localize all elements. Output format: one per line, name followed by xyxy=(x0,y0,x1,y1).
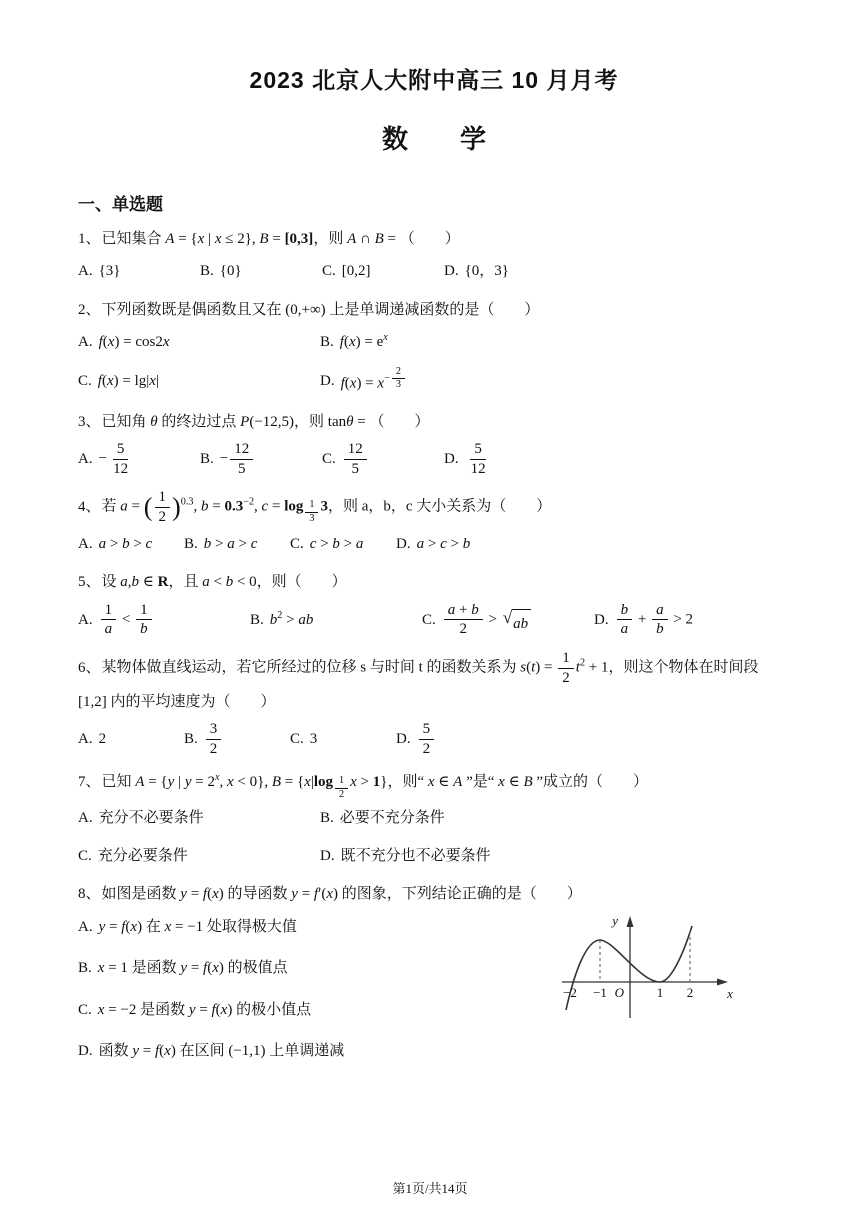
option-content: {3} xyxy=(99,257,121,286)
option-C: C.f(x) = lg|x| xyxy=(78,366,320,398)
option-content: y = f(x) 在 x = −1 处取得极大值 xyxy=(99,913,297,942)
option-content: f(x) = x−23 xyxy=(341,366,407,398)
option-C: C.125 xyxy=(322,440,444,479)
option-label: D. xyxy=(320,842,335,871)
option-content: 函数 y = f(x) 在区间 (−1,1) 上单调递减 xyxy=(99,1037,345,1066)
x-axis-arrow-icon xyxy=(717,979,728,986)
options: A.−512B.−125C.125D.512 xyxy=(78,440,790,479)
option-label: B. xyxy=(184,530,198,559)
option-label: D. xyxy=(444,257,459,286)
x-tick-neg2: −2 xyxy=(563,985,577,1000)
option-B: B.−125 xyxy=(200,440,322,479)
option-A: A.−512 xyxy=(78,440,200,479)
x-axis-label: x xyxy=(726,986,733,1001)
question-number: 2、 xyxy=(78,302,101,318)
option-content: 125 xyxy=(342,440,369,479)
option-label: C. xyxy=(78,367,92,396)
question-1: 1、已知集合 A = {x | x ≤ 2}, B = [0,3]，则 A ∩ … xyxy=(78,225,790,286)
option-D: D.既不充分也不必要条件 xyxy=(320,842,491,871)
option-label: C. xyxy=(290,530,304,559)
option-content: a > c > b xyxy=(417,530,471,559)
option-content: 1a < 1b xyxy=(99,601,154,640)
option-content: b > a > c xyxy=(204,530,258,559)
option-A: A.充分不必要条件 xyxy=(78,804,320,833)
question-number: 5、 xyxy=(78,574,101,590)
option-A: A.a > b > c xyxy=(78,530,184,559)
option-C: C.充分必要条件 xyxy=(78,842,320,871)
option-B: B.必要不充分条件 xyxy=(320,804,491,833)
option-C: C.[0,2] xyxy=(322,257,444,286)
option-content: 充分不必要条件 xyxy=(99,804,204,833)
option-label: B. xyxy=(250,606,264,635)
option-D: D.函数 y = f(x) 在区间 (−1,1) 上单调递减 xyxy=(78,1037,790,1066)
question-stem: 6、某物体做直线运动，若它所经过的位移 s 与时间 t 的函数关系为 s(t) … xyxy=(78,649,790,717)
option-content: c > b > a xyxy=(310,530,364,559)
option-label: B. xyxy=(320,804,334,833)
question-number: 7、 xyxy=(78,774,101,790)
option-label: C. xyxy=(322,257,336,286)
option-content: f(x) = ex xyxy=(340,328,388,357)
option-label: C. xyxy=(78,996,92,1025)
question-number: 4、 xyxy=(78,499,101,515)
x-tick-2: 2 xyxy=(687,985,694,1000)
option-A: A.2 xyxy=(78,725,184,754)
option-content: 既不充分也不必要条件 xyxy=(341,842,491,871)
question-number: 1、 xyxy=(78,231,101,247)
option-content: x = −2 是函数 y = f(x) 的极小值点 xyxy=(98,996,311,1025)
exam-content: 2023 北京人大附中高三 10 月月考 数 学 一、单选题 1、已知集合 A … xyxy=(0,0,860,1066)
option-content: f(x) = lg|x| xyxy=(98,367,159,396)
question-stem: 1、已知集合 A = {x | x ≤ 2}, B = [0,3]，则 A ∩ … xyxy=(78,225,790,254)
question-stem: 3、已知角 θ 的终边过点 P(−12,5)，则 tanθ = （ ） xyxy=(78,408,790,437)
option-label: D. xyxy=(444,445,459,474)
option-label: D. xyxy=(320,367,335,396)
option-content: 512 xyxy=(465,440,492,479)
option-content: 52 xyxy=(417,720,437,759)
option-C: C.c > b > a xyxy=(290,530,396,559)
option-label: A. xyxy=(78,606,93,635)
page-number-footer: 第1页/共14页 xyxy=(0,1178,860,1197)
option-D: D.512 xyxy=(444,440,566,479)
option-content: 充分必要条件 xyxy=(98,842,188,871)
option-D: D.52 xyxy=(396,720,502,759)
f-prime-curve xyxy=(566,926,692,1010)
question-stem: 4、若 a = (12)0.3, b = 0.3−2, c = log133，则… xyxy=(78,488,790,527)
question-8: 8、如图是函数 y = f(x) 的导函数 y = f′(x) 的图象，下列结论… xyxy=(78,880,790,1065)
y-axis-arrow-icon xyxy=(627,916,634,927)
question-number: 8、 xyxy=(78,886,101,902)
option-D: D.ba + ab > 2 xyxy=(594,601,766,640)
option-label: B. xyxy=(184,725,198,754)
x-tick-1: 1 xyxy=(657,985,664,1000)
option-label: B. xyxy=(200,257,214,286)
option-content: a + b2 > √ab xyxy=(442,601,531,640)
option-label: C. xyxy=(78,842,92,871)
option-content: b2 > ab xyxy=(270,606,314,635)
y-axis-label: y xyxy=(610,913,618,928)
option-label: A. xyxy=(78,328,93,357)
origin-label: O xyxy=(615,985,625,1000)
option-label: D. xyxy=(396,530,411,559)
derivative-graph-svg: y x O −2 −1 1 2 xyxy=(556,910,738,1022)
question-number: 3、 xyxy=(78,414,101,430)
option-C: C.3 xyxy=(290,725,396,754)
options: A.充分不必要条件B.必要不充分条件C.充分必要条件D.既不充分也不必要条件 xyxy=(78,804,790,870)
question-2: 2、下列函数既是偶函数且又在 (0,+∞) 上是单调递减函数的是（ ）A.f(x… xyxy=(78,296,790,398)
option-content: ba + ab > 2 xyxy=(615,601,693,640)
option-content: f(x) = cos2x xyxy=(99,328,170,357)
derivative-graph-figure: y x O −2 −1 1 2 xyxy=(556,910,738,1027)
option-label: A. xyxy=(78,725,93,754)
option-content: −125 xyxy=(220,440,255,479)
option-content: {0} xyxy=(220,257,242,286)
option-D: D.a > c > b xyxy=(396,530,502,559)
option-label: A. xyxy=(78,257,93,286)
question-stem: 2、下列函数既是偶函数且又在 (0,+∞) 上是单调递减函数的是（ ） xyxy=(78,296,790,325)
question-6: 6、某物体做直线运动，若它所经过的位移 s 与时间 t 的函数关系为 s(t) … xyxy=(78,649,790,758)
option-label: B. xyxy=(200,445,214,474)
option-label: A. xyxy=(78,804,93,833)
option-content: x = 1 是函数 y = f(x) 的极值点 xyxy=(98,954,288,983)
option-content: {0，3} xyxy=(465,257,509,286)
options: A.a > b > cB.b > a > cC.c > b > aD.a > c… xyxy=(78,530,790,559)
question-stem: 8、如图是函数 y = f(x) 的导函数 y = f′(x) 的图象，下列结论… xyxy=(78,880,790,909)
option-content: 2 xyxy=(99,725,107,754)
option-A: A.1a < 1b xyxy=(78,601,250,640)
option-C: C.a + b2 > √ab xyxy=(422,601,594,640)
option-content: 必要不充分条件 xyxy=(340,804,445,833)
question-4: 4、若 a = (12)0.3, b = 0.3−2, c = log133，则… xyxy=(78,488,790,558)
option-content: 32 xyxy=(204,720,224,759)
question-3: 3、已知角 θ 的终边过点 P(−12,5)，则 tanθ = （ ）A.−51… xyxy=(78,408,790,479)
question-list: 1、已知集合 A = {x | x ≤ 2}, B = [0,3]，则 A ∩ … xyxy=(78,225,790,1066)
option-B: B.b > a > c xyxy=(184,530,290,559)
option-B: B.{0} xyxy=(200,257,322,286)
options: A.2B.32C.3D.52 xyxy=(78,720,790,759)
option-label: C. xyxy=(422,606,436,635)
option-A: A.f(x) = cos2x xyxy=(78,328,320,357)
option-label: D. xyxy=(594,606,609,635)
exam-subject: 数 学 xyxy=(78,119,790,156)
option-content: −512 xyxy=(99,440,134,479)
exam-document-page: 2023 北京人大附中高三 10 月月考 数 学 一、单选题 1、已知集合 A … xyxy=(0,0,860,1217)
option-D: D.f(x) = x−23 xyxy=(320,366,407,398)
option-content: a > b > c xyxy=(99,530,153,559)
option-content: [0,2] xyxy=(342,257,371,286)
option-label: D. xyxy=(396,725,411,754)
section-heading: 一、单选题 xyxy=(78,190,790,215)
exam-title: 2023 北京人大附中高三 10 月月考 xyxy=(78,62,790,95)
option-A: A.{3} xyxy=(78,257,200,286)
options: A.{3}B.{0}C.[0,2]D.{0，3} xyxy=(78,257,790,286)
options: A.f(x) = cos2xB.f(x) = exC.f(x) = lg|x|D… xyxy=(78,328,790,398)
option-label: B. xyxy=(320,328,334,357)
option-D: D.{0，3} xyxy=(444,257,566,286)
option-label: A. xyxy=(78,445,93,474)
question-stem: 5、设 a,b ∈ R，且 a < b < 0，则（ ） xyxy=(78,568,790,597)
option-label: C. xyxy=(290,725,304,754)
option-label: C. xyxy=(322,445,336,474)
question-stem: 7、已知 A = {y | y = 2x, x < 0}, B = {x|log… xyxy=(78,768,790,801)
option-label: A. xyxy=(78,530,93,559)
options: A.1a < 1bB.b2 > abC.a + b2 > √abD.ba + a… xyxy=(78,601,790,640)
x-tick-neg1: −1 xyxy=(593,985,607,1000)
option-B: B.32 xyxy=(184,720,290,759)
question-5: 5、设 a,b ∈ R，且 a < b < 0，则（ ）A.1a < 1bB.b… xyxy=(78,568,790,639)
option-label: D. xyxy=(78,1037,93,1066)
option-label: B. xyxy=(78,954,92,983)
option-B: B.b2 > ab xyxy=(250,606,422,635)
option-B: B.f(x) = ex xyxy=(320,328,407,357)
option-label: A. xyxy=(78,913,93,942)
question-number: 6、 xyxy=(78,660,101,676)
option-content: 3 xyxy=(310,725,318,754)
question-7: 7、已知 A = {y | y = 2x, x < 0}, B = {x|log… xyxy=(78,768,790,870)
